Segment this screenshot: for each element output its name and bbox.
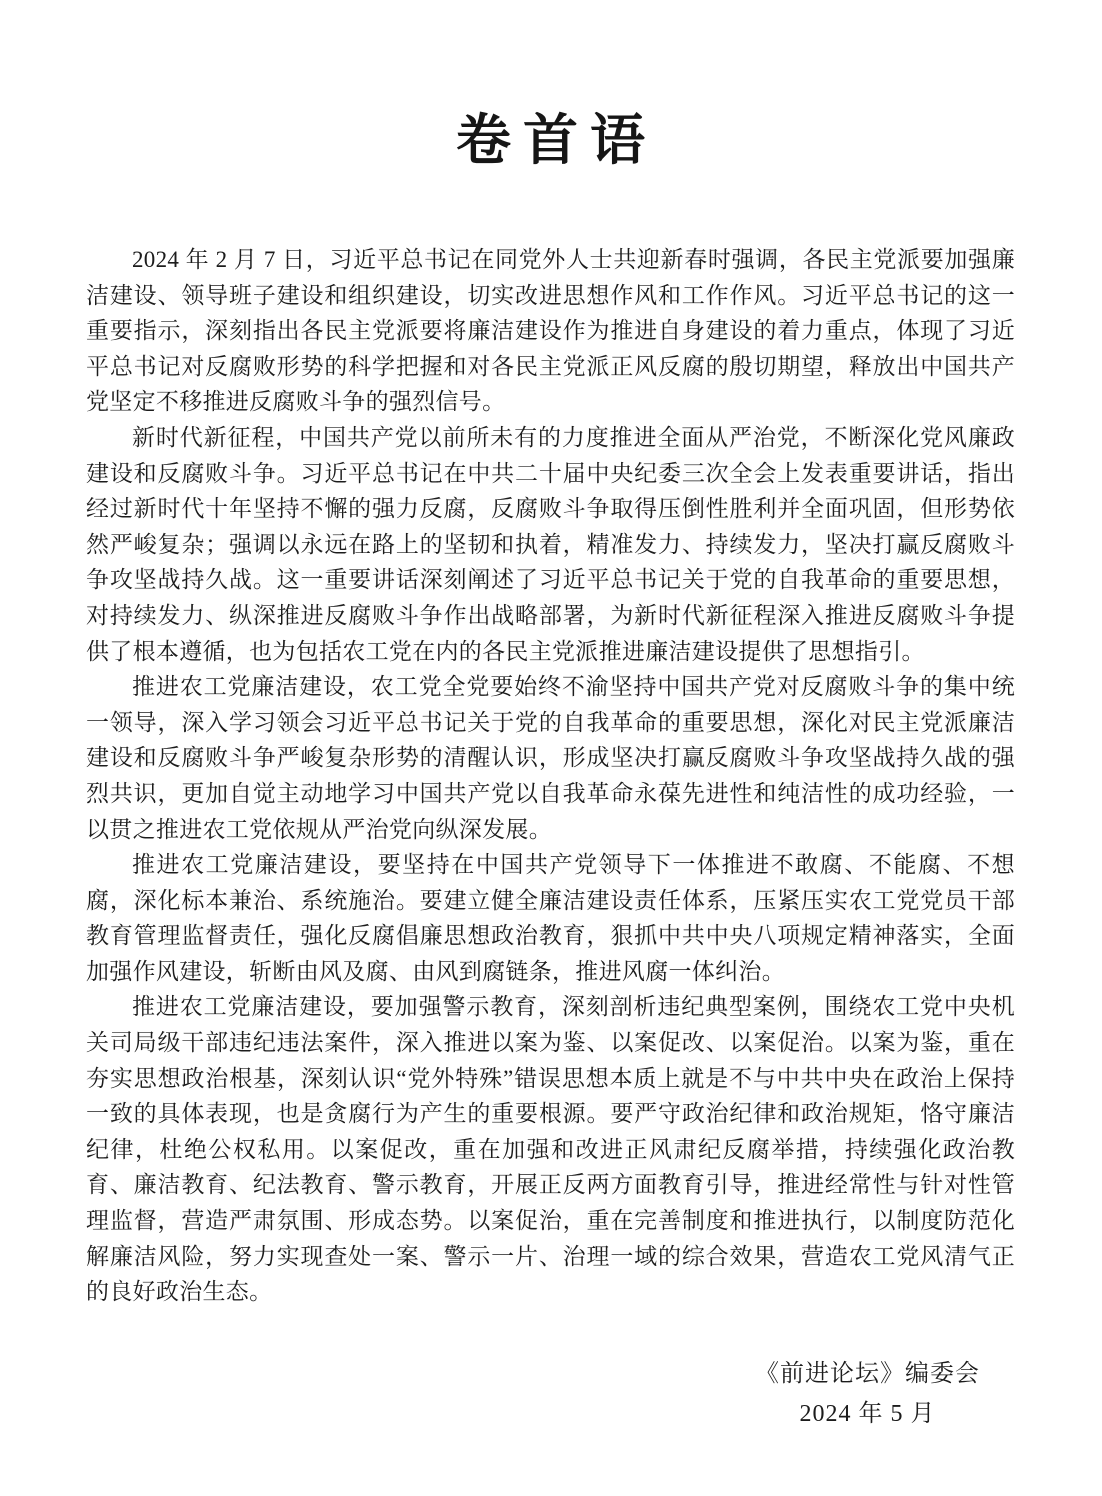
signature-inner: 《前进论坛》编委会 2024 年 5 月 — [755, 1354, 980, 1434]
page-title: 卷首语 — [86, 106, 1015, 176]
paragraph: 推进农工党廉洁建设，农工党全党要始终不渝坚持中国共产党对反腐败斗争的集中统一领导… — [86, 669, 1015, 847]
paragraph: 推进农工党廉洁建设，要加强警示教育，深刻剖析违纪典型案例，围绕农工党中央机关司局… — [86, 989, 1015, 1309]
body-text: 2024 年 2 月 7 日，习近平总书记在同党外人士共迎新春时强调，各民主党派… — [86, 242, 1015, 1310]
foreword-page: 卷首语 2024 年 2 月 7 日，习近平总书记在同党外人士共迎新春时强调，各… — [0, 0, 1102, 1496]
paragraph: 2024 年 2 月 7 日，习近平总书记在同党外人士共迎新春时强调，各民主党派… — [86, 242, 1015, 420]
signature-block: 《前进论坛》编委会 2024 年 5 月 — [86, 1354, 1015, 1434]
signature-date: 2024 年 5 月 — [755, 1394, 980, 1434]
paragraph: 新时代新征程，中国共产党以前所未有的力度推进全面从严治党，不断深化党风廉政建设和… — [86, 420, 1015, 669]
paragraph: 推进农工党廉洁建设，要坚持在中国共产党领导下一体推进不敢腐、不能腐、不想腐，深化… — [86, 847, 1015, 989]
signature-author: 《前进论坛》编委会 — [755, 1354, 980, 1394]
